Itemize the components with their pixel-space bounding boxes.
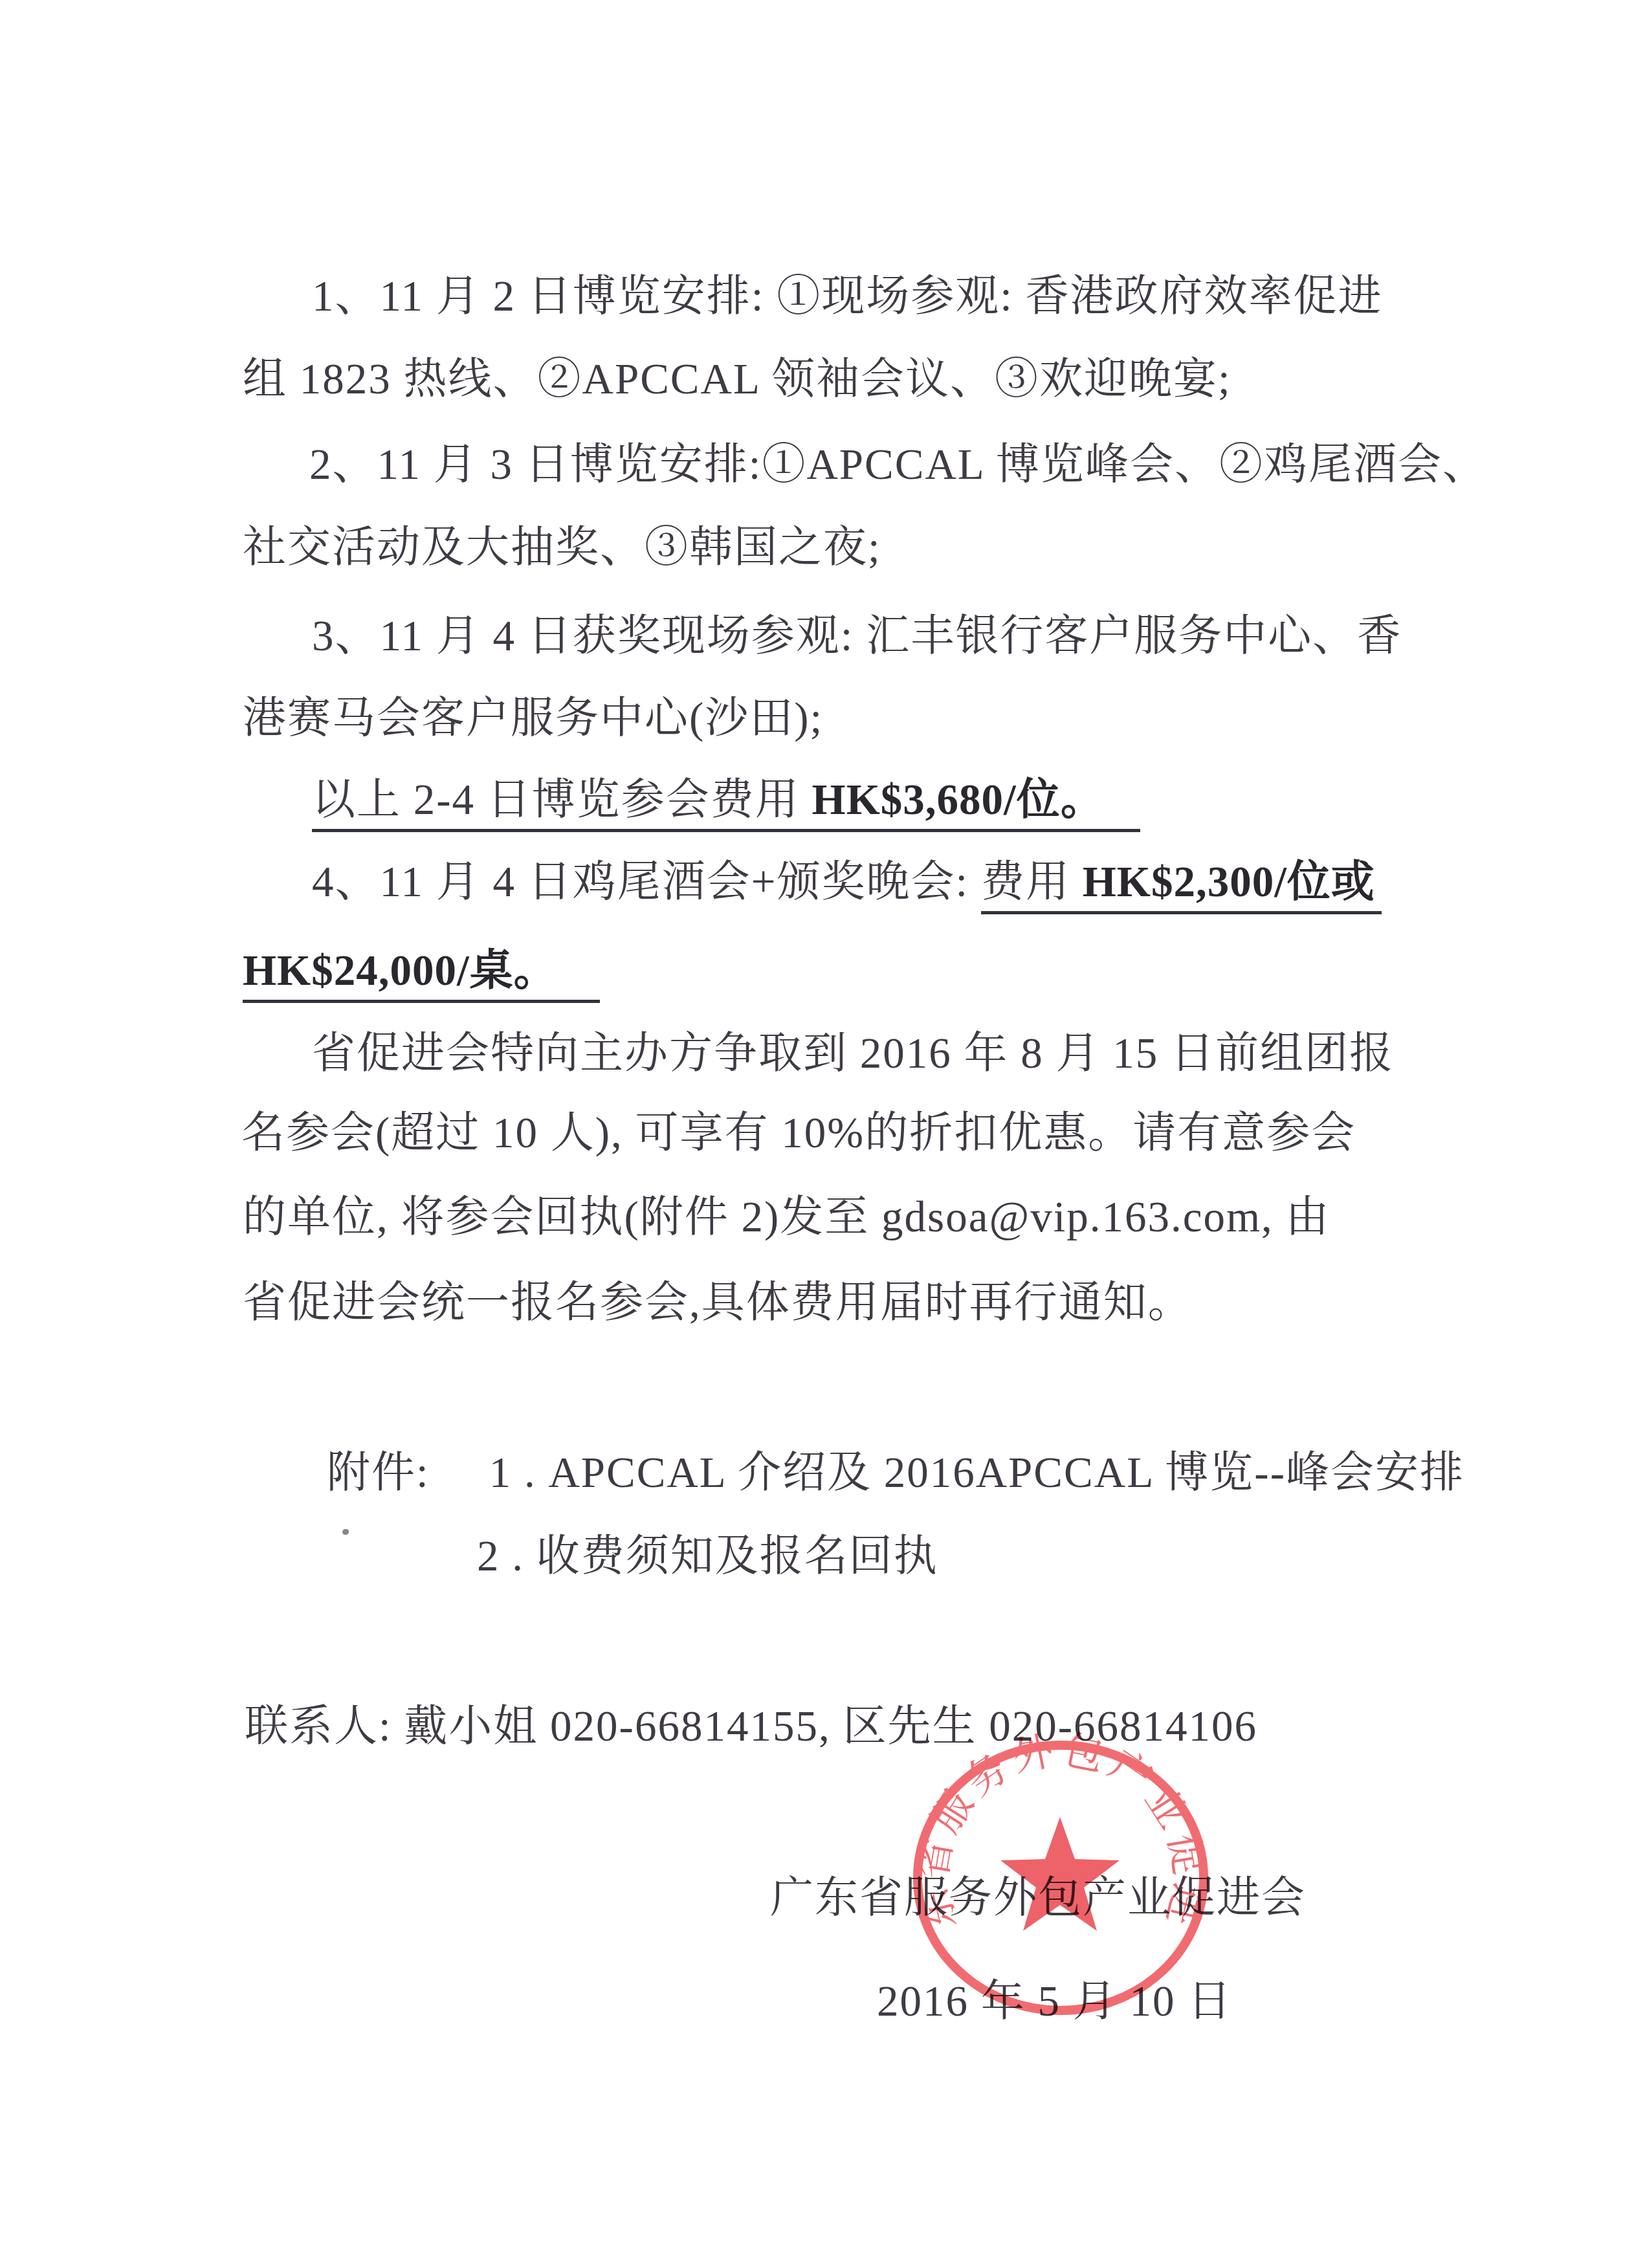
fee-line-expo: 以上 2-4 日博览参会费用 HK$3,680/位。 — [312, 778, 1140, 832]
gala-fee-label: 费用 — [981, 858, 1083, 906]
body-line-3: 2、11 月 3 日博览安排:①APCCAL 博览峰会、②鸡尾酒会、 — [309, 443, 1487, 487]
attachments-line: 附件:1 . APCCAL 介绍及 2016APCCAL 博览--峰会安排 — [327, 1451, 1464, 1495]
body-line-11: 名参会(超过 10 人), 可享有 10%的折扣优惠。请有意参会 — [241, 1112, 1356, 1155]
expo-fee-amount: HK$3,680/位。 — [812, 776, 1105, 824]
body-line-12: 的单位, 将参会回执(附件 2)发至 gdsoa@vip.163.com, 由 — [243, 1196, 1330, 1239]
attachment-item-2: 2 . 收费须知及报名回执 — [477, 1535, 938, 1578]
gala-fee-per-table: HK$24,000/桌。 — [243, 949, 600, 1003]
body-line-2: 组 1823 热线、②APCCAL 领袖会议、③欢迎晚宴; — [243, 358, 1231, 401]
expo-fee-underlined: 以上 2-4 日博览参会费用 HK$3,680/位。 — [312, 778, 1140, 832]
body-line-5: 3、11 月 4 日获奖现场参观: 汇丰银行客户服务中心、香 — [312, 615, 1402, 658]
fee-line-table: HK$24,000/桌。 — [243, 949, 600, 1003]
gala-fee-per-seat: HK$2,300/位或 — [1083, 858, 1375, 906]
body-line-4: 社交活动及大抽奖、③韩国之夜; — [243, 526, 881, 569]
body-line-1: 1、11 月 2 日博览安排: ①现场参观: 香港政府效率促进 — [312, 275, 1383, 318]
gala-fee-prefix: 4、11 月 4 日鸡尾酒会+颁奖晚会: — [312, 858, 981, 906]
body-line-6: 港赛马会客户服务中心(沙田); — [243, 697, 823, 740]
ink-speck — [342, 1529, 349, 1535]
fee-line-gala: 4、11 月 4 日鸡尾酒会+颁奖晚会: 费用 HK$2,300/位或 — [312, 861, 1382, 914]
gala-fee-underlined: 费用 HK$2,300/位或 — [981, 861, 1382, 914]
seal-star-icon — [1000, 1817, 1120, 1931]
official-seal-stamp: 广东省服务外包产业促进会 — [896, 1721, 1226, 2045]
document-page: 1、11 月 2 日博览安排: ①现场参观: 香港政府效率促进 组 1823 热… — [0, 0, 1645, 2268]
attachment-item-1: 1 . APCCAL 介绍及 2016APCCAL 博览--峰会安排 — [489, 1449, 1464, 1497]
body-line-10: 省促进会特向主办方争取到 2016 年 8 月 15 日前组团报 — [312, 1032, 1394, 1075]
body-line-13: 省促进会统一报名参会,具体费用届时再行通知。 — [243, 1281, 1193, 1325]
expo-fee-prefix: 以上 2-4 日博览参会费用 — [312, 776, 812, 824]
attachments-label: 附件: — [327, 1449, 430, 1497]
